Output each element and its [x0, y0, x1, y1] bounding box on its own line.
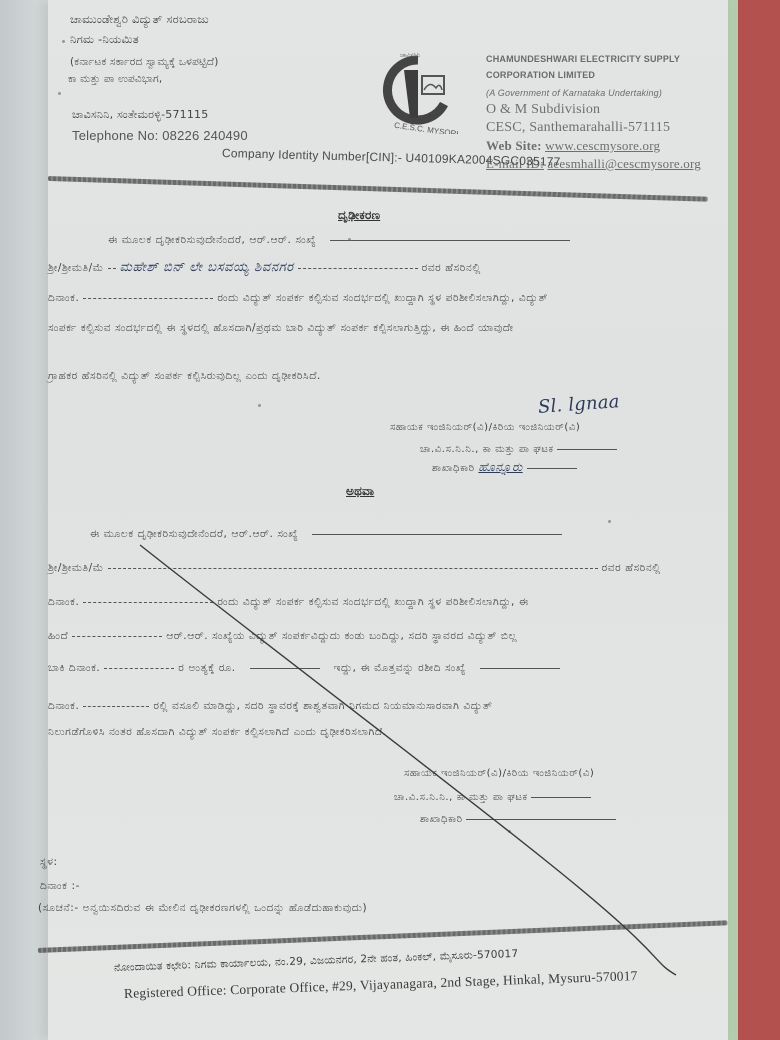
- cert1-handwritten-name: ಮಹೇಶ್ ಬಿನ್ ಲೇ ಬಸವಯ್ಯ ಶಿವನಗರ: [120, 260, 294, 275]
- email-link[interactable]: aeesmhalli@cescmysore.org: [547, 156, 701, 171]
- office-en: CESC, Santhemarahalli-571115: [486, 120, 670, 136]
- footer-rule: [38, 920, 728, 953]
- cert2-line1-text: ಈ ಮೂಲಕ ದೃಢೀಕರಿಸುವುದೇನೆಂದರೆ, ಆರ್.ಆರ್. ಸಂಖ…: [90, 528, 298, 540]
- cert2-line7: ನಿಲುಗಡೆಗೊಳಿಸಿ ನಂತರ ಹೊಸದಾಗಿ ವಿದ್ಯುತ್ ಸಂಪರ…: [48, 726, 387, 739]
- cert2-prev-label: ಹಿಂದೆ: [48, 630, 68, 642]
- cert2-date2-label: ದಿನಾಂಕ.: [48, 700, 79, 712]
- website-label: Web Site:: [486, 138, 542, 153]
- org-name-kn-line2: ನಿಗಮ -ನಿಯಮಿತ: [70, 32, 139, 47]
- speck: [62, 40, 65, 43]
- blank: [466, 819, 616, 820]
- cert1-line3-text: ರಂದು ವಿದ್ಯುತ್ ಸಂಪರ್ಕ ಕಲ್ಪಿಸುವ ಸಂದರ್ಭದಲ್ಲ…: [217, 292, 548, 304]
- registered-office-kn: ನೋಂದಾಯಿತ ಕಛೇರಿ: ನಿಗಮ ಕಾರ್ಯಾಲಯ, ನಂ.29, ವಿ…: [114, 948, 519, 975]
- cert2-name-label: ಶ್ರೀ/ಶ್ರೀಮತಿ/ಮೆ: [48, 562, 104, 574]
- cert2-signatory-unit: ಚಾ.ವಿ.ಸ.ನಿ.ನಿ., ಕಾ ಮತ್ತು ಪಾ ಘಟಕ: [394, 792, 528, 803]
- rr-number-blank: [330, 240, 570, 241]
- date-label: ದಿನಾಂಕ :-: [40, 880, 80, 893]
- cert2-amount-label: ರ ಅಂತ್ಯಕ್ಕೆ ರೂ.: [178, 662, 235, 674]
- certificate-title: ದೃಢೀಕರಣ: [338, 208, 380, 223]
- blank: [480, 668, 560, 669]
- cert1-line1-text: ಈ ಮೂಲಕ ದೃಢೀಕರಿಸುವುದೇನೆಂದರೆ, ಆರ್.ಆರ್. ಸಂಖ…: [108, 234, 316, 246]
- cert2-receipt-text: ಇದ್ದು, ಈ ಮೊತ್ತವನ್ನು ರಶೀದಿ ಸಂಖ್ಯೆ: [334, 662, 466, 674]
- cert2-line2: ಶ್ರೀ/ಶ್ರೀಮತಿ/ಮೆ ರವರ ಹೆಸರಿನಲ್ಲಿ: [48, 562, 661, 575]
- cert2-officer-label: ಶಾಖಾಧಿಕಾರಿ: [420, 814, 463, 825]
- cert2-line1: ಈ ಮೂಲಕ ದೃಢೀಕರಿಸುವುದೇನೆಂದರೆ, ಆರ್.ಆರ್. ಸಂಖ…: [90, 528, 562, 541]
- blank: [527, 468, 577, 469]
- org-name-en-line2: CORPORATION LIMITED: [486, 70, 595, 80]
- subdivision-kn: ಕಾ ಮತ್ತು ಪಾ ಉಪವಿಭಾಗ,: [68, 73, 162, 86]
- cert2-line5: ಬಾಕಿ ದಿನಾಂಕ. ರ ಅಂತ್ಯಕ್ಕೆ ರೂ. ಇದ್ದು, ಈ ಮೊ…: [48, 662, 560, 675]
- gov-note-kn: (ಕರ್ನಾಟಕ ಸರ್ಕಾರದ ಸ್ವಾಮ್ಯಕ್ಕೆ ಒಳಪಟ್ಟಿದೆ): [70, 56, 219, 69]
- cert2-line6-text: ರಲ್ಲಿ ವಸೂಲಿ ಮಾಡಿದ್ದು, ಸದರಿ ಸ್ಥಾವರಕ್ಕೆ ಶಾ…: [153, 700, 492, 712]
- cert1-signatory-unit: ಚಾ.ವಿ.ಸ.ನಿ.ನಿ., ಕಾ ಮತ್ತು ಪಾ ಘಟಕ: [420, 444, 554, 455]
- cert2-date-label: ದಿನಾಂಕ.: [48, 596, 79, 608]
- blank: [557, 449, 617, 450]
- cert2-signatory-line3: ಶಾಖಾಧಿಕಾರಿ: [420, 814, 616, 825]
- document-page: ಚಾಮುಂಡೇಶ್ವರಿ ವಿದ್ಯುತ್ ಸರಬರಾಜು ನಿಗಮ -ನಿಯಮ…: [48, 0, 728, 1040]
- cert1-line2: ಶ್ರೀ/ಶ್ರೀಮತಿ/ಮೆ ಮಹೇಶ್ ಬಿನ್ ಲೇ ಬಸವಯ್ಯ ಶಿವ…: [48, 260, 481, 275]
- cert1-name-suffix: ರವರ ಹೆಸರಿನಲ್ಲಿ: [422, 262, 481, 274]
- blank: [250, 668, 320, 669]
- cert2-signatory-line1: ಸಹಾಯಕ ಇಂಜಿನಿಯರ್(ವಿ)/ಕಿರಿಯ ಇಂಜಿನಿಯರ್(ವಿ): [404, 768, 594, 779]
- cert2-name-suffix: ರವರ ಹೆಸರಿನಲ್ಲಿ: [602, 562, 661, 574]
- cert2-due-date-label: ಬಾಕಿ ದಿನಾಂಕ.: [48, 662, 100, 674]
- cert1-officer-handwritten: ಹೊನ್ನೂರು: [478, 460, 522, 474]
- cert2-line3-text: ರಂದು ವಿದ್ಯುತ್ ಸಂಪರ್ಕ ಕಲ್ಪಿಸುವ ಸಂದರ್ಭದಲ್ಲ…: [217, 596, 528, 608]
- speck: [258, 404, 261, 407]
- registered-office-en: Registered Office: Corporate Office, #29…: [124, 968, 638, 1002]
- cert2-line6: ದಿನಾಂಕ. ರಲ್ಲಿ ವಸೂಲಿ ಮಾಡಿದ್ದು, ಸದರಿ ಸ್ಥಾವ…: [48, 700, 493, 713]
- speck: [58, 92, 61, 95]
- address-kn: ಚಾವಿಸನಿನಿ, ಸಂತೇಮರಳ್ಳಿ-571115: [72, 108, 208, 122]
- speck: [508, 830, 511, 833]
- cert2-signatory-line2: ಚಾ.ವಿ.ಸ.ನಿ.ನಿ., ಕಾ ಮತ್ತು ಪಾ ಘಟಕ: [394, 792, 591, 803]
- org-name-kn-line1: ಚಾಮುಂಡೇಶ್ವರಿ ವಿದ್ಯುತ್ ಸರಬರಾಜು: [70, 12, 209, 27]
- website-link[interactable]: www.cescmysore.org: [545, 138, 660, 153]
- cert1-line1: ಈ ಮೂಲಕ ದೃಢೀಕರಿಸುವುದೇನೆಂದರೆ, ಆರ್.ಆರ್. ಸಂಖ…: [108, 234, 570, 247]
- gov-note-en: (A Government of Karnataka Undertaking): [486, 88, 662, 98]
- cert1-signatory-line1: ಸಹಾಯಕ ಇಂಜಿನಿಯರ್(ವಿ)/ಕಿರಿಯ ಇಂಜಿನಿಯರ್(ವಿ): [390, 422, 580, 433]
- cert2-name-blank: [108, 568, 598, 569]
- separator-or: ಅಥವಾ: [346, 484, 374, 499]
- cert1-signature: Sl. lgnaa: [537, 391, 620, 418]
- website: Web Site: www.cescmysore.org: [486, 138, 660, 154]
- cesc-logo-icon: C.E.S.C. MYSORE ಚಾವಿಸನಿನಿ: [378, 48, 458, 134]
- blank: [108, 268, 116, 269]
- cert2-line4-text: ಆರ್.ಆರ್. ಸಂಖ್ಯೆಯ ವಿದ್ಯುತ್ ಸಂಪರ್ಕವಿದ್ದುದು…: [166, 630, 517, 642]
- cert1-name-label: ಶ್ರೀ/ಶ್ರೀಮತಿ/ಮೆ: [48, 262, 104, 274]
- cert1-date-blank: [83, 298, 213, 299]
- cert1-line5: ಗ್ರಾಹಕರ ಹೆಸರಿನಲ್ಲಿ ವಿದ್ಯುತ್ ಸಂಪರ್ಕ ಕಲ್ಪಿ…: [48, 370, 321, 383]
- cert1-officer-label: ಶಾಖಾಧಿಕಾರಿ: [432, 463, 475, 474]
- cert1-line3: ದಿನಾಂಕ. ರಂದು ವಿದ್ಯುತ್ ಸಂಪರ್ಕ ಕಲ್ಪಿಸುವ ಸಂ…: [48, 292, 548, 305]
- cert2-line3: ದಿನಾಂಕ. ರಂದು ವಿದ್ಯುತ್ ಸಂಪರ್ಕ ಕಲ್ಪಿಸುವ ಸಂ…: [48, 596, 529, 609]
- rr-number-blank: [312, 534, 562, 535]
- svg-text:ಚಾವಿಸನಿನಿ: ಚಾವಿಸನಿನಿ: [400, 52, 421, 59]
- blank: [72, 636, 162, 637]
- blank: [104, 668, 174, 669]
- org-name-en-line1: CHAMUNDESHWARI ELECTRICITY SUPPLY: [486, 54, 680, 64]
- cert1-signatory-line3: ಶಾಖಾಧಿಕಾರಿ ಹೊನ್ನೂರು: [432, 460, 577, 475]
- cert2-line4: ಹಿಂದೆ ಆರ್.ಆರ್. ಸಂಖ್ಯೆಯ ವಿದ್ಯುತ್ ಸಂಪರ್ಕವಿ…: [48, 630, 517, 643]
- cert1-signatory-line2: ಚಾ.ವಿ.ಸ.ನಿ.ನಿ., ಕಾ ಮತ್ತು ಪಾ ಘಟಕ: [420, 444, 617, 455]
- subdivision-en: O & M Subdivision: [486, 102, 600, 118]
- header-rule: [48, 176, 708, 202]
- background-red-surface: [738, 0, 780, 1040]
- speck: [348, 238, 351, 241]
- blank: [83, 706, 149, 707]
- speck: [608, 520, 611, 523]
- place-label: ಸ್ಥಳ:: [40, 856, 58, 869]
- telephone: Telephone No: 08226 240490: [72, 128, 248, 143]
- blank: [298, 268, 418, 269]
- blank: [531, 797, 591, 798]
- cert1-date-label: ದಿನಾಂಕ.: [48, 292, 79, 304]
- cert1-line4: ಸಂಪರ್ಕ ಕಲ್ಪಿಸುವ ಸಂದರ್ಭದಲ್ಲಿ ಈ ಸ್ಥಳದಲ್ಲಿ …: [48, 322, 514, 335]
- blank: [83, 602, 213, 603]
- strike-out-note: (ಸೂಚನೆ:- ಅನ್ವಯಿಸದಿರುವ ಈ ಮೇಲಿನ ದೃಢೀಕರಣಗಳಲ…: [38, 902, 367, 915]
